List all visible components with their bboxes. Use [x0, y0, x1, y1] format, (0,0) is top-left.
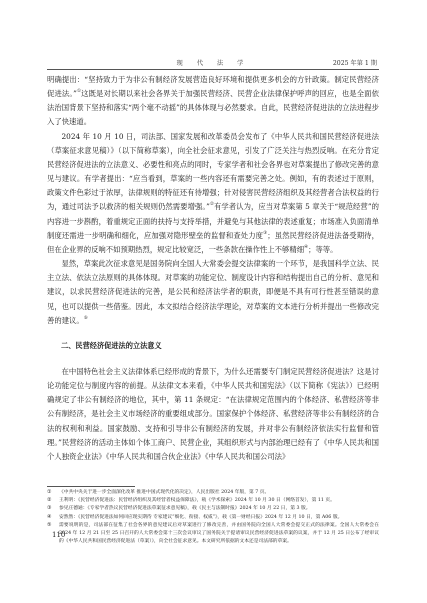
footnote-ref[interactable]: ⑤ [84, 316, 88, 321]
footnote: ②王利明：《民营经济促进法：民营经济组织及其经营者权益保障法》，载《学术探索》2… [47, 497, 379, 505]
section-heading: 二、民营经济促进法的立法意义 [61, 339, 379, 353]
page-number: 110 [52, 531, 65, 539]
footnotes: ①《中共中央关于进一步全面深化改革 推进中国式现代化的决定》，人民出版社 202… [47, 489, 379, 546]
footnote: ⑤需要说明的是，司法部在征集了社会各界的意见建议后对草案进行了修改完善，并由国务… [47, 522, 379, 547]
paragraph: 显然，草案此次征求意见是国务院向全国人大常委会提交法律案的一个环节，是我国科学立… [47, 257, 379, 328]
footnote: ①《中共中央关于进一步全面深化改革 推进中国式现代化的决定》，人民出版社 202… [47, 489, 379, 497]
header-divider [47, 69, 379, 70]
footnote: ④安然然：《民营经济促进法如何回应现实期待 专家建议“细化、衔接、权威”》，载《… [47, 514, 379, 522]
article-body: 明确提出：“坚持致力于为非公有制经济发展营造良好环境和提供更多机会的方针政策。制… [47, 73, 379, 464]
footnote-divider [47, 486, 135, 487]
journal-name: 现 代 法 学 [47, 58, 379, 67]
paragraph: 明确提出：“坚持致力于为非公有制经济发展营造良好环境和提供更多机会的方针政策。制… [47, 73, 379, 130]
paragraph: 在中国特色社会主义法律体系已经形成的背景下，为什么还需要专门制定民营经济促进法？… [47, 365, 379, 464]
paragraph: 2024 年 10 月 10 日，司法部、国家发展和改革委员会发布了《中华人民共… [47, 130, 379, 257]
issue-label: 2025 年第 1 期 [333, 58, 377, 67]
footnote: ③参见庄德通：《专家学者热议民营经济促进法草案征求意见稿》，载《民主与法制时报》… [47, 505, 379, 513]
